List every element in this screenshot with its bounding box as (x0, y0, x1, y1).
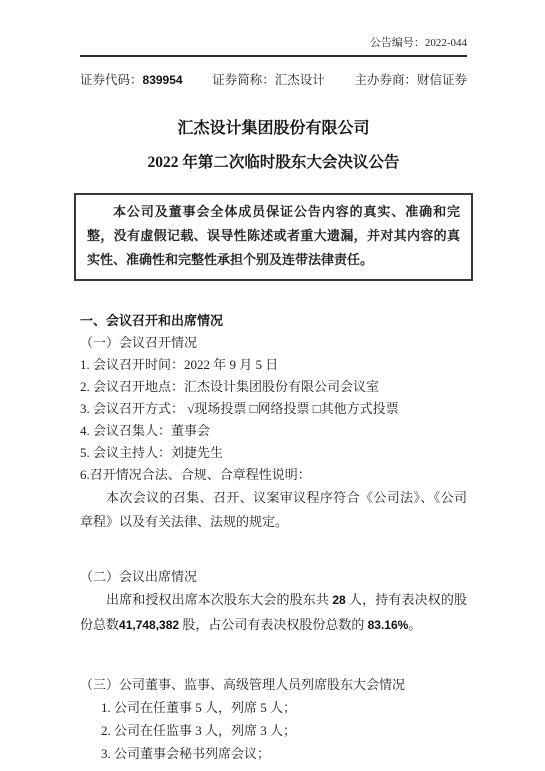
document-page: 公告编号：2022-044 证券代码：839954 证券简称：汇杰设计 主办券商… (0, 0, 545, 771)
stock-code: 证券代码：839954 (80, 70, 183, 88)
list-item-meeting-method: 3. 会议召开方式： √现场投票 □网络投票 □其他方式投票 (80, 398, 467, 420)
list-item-secretary: 3. 公司董事会秘书列席会议； (101, 742, 467, 765)
company-name-title: 汇杰设计集团股份有限公司 (80, 115, 467, 138)
list-item-directors: 1. 公司在任董事 5 人，列席 5 人； (101, 696, 467, 719)
attendance-text-3: 股，占公司有表决权股份总数的 (179, 617, 368, 632)
list-item-host: 5. 会议主持人：刘捷先生 (80, 442, 467, 464)
voting-percentage: 83.16% (368, 618, 409, 632)
list-item-meeting-time: 1. 会议召开时间：2022 年 9 月 5 日 (80, 354, 467, 376)
disclaimer-box: 本公司及董事会全体成员保证公告内容的真实、准确和完整，没有虚假记载、误导性陈述或… (74, 193, 473, 281)
sponsor: 主办券商：财信证券 (354, 70, 467, 88)
section-1-heading: 一、会议召开和出席情况 (80, 310, 467, 332)
stock-code-label: 证券代码： (80, 73, 143, 87)
subsection-3-heading: （三）公司董事、监事、高级管理人员列席股东大会情况 (80, 674, 467, 696)
header-rule (80, 55, 467, 57)
legality-note: 本次会议的召集、召开、议案审议程序符合《公司法》、《公司章程》以及有关法律、法规… (80, 486, 467, 533)
announcement-number: 公告编号：2022-044 (80, 0, 467, 50)
stock-name: 证券简称：汇杰设计 (212, 70, 325, 88)
stock-code-value: 839954 (143, 73, 183, 87)
list-item-convener: 4. 会议召集人：董事会 (80, 420, 467, 442)
attendance-count: 28 (332, 593, 345, 607)
list-item-legality: 6.召开情况合法、合规、合章程性说明： (80, 464, 467, 486)
stock-name-value: 汇杰设计 (275, 73, 325, 87)
list-item-supervisors: 2. 公司在任监事 3 人，列席 3 人； (101, 719, 467, 742)
document-content: 公告编号：2022-044 证券代码：839954 证券简称：汇杰设计 主办券商… (80, 0, 467, 765)
sponsor-label: 主办券商： (354, 73, 417, 87)
subsection-2-heading: （二）会议出席情况 (80, 566, 467, 588)
sponsor-value: 财信证券 (417, 73, 467, 87)
list-item-meeting-place: 2. 会议召开地点：汇杰设计集团股份有限公司会议室 (80, 376, 467, 398)
subsection-3-items: 1. 公司在任董事 5 人，列席 5 人； 2. 公司在任监事 3 人，列席 3… (101, 696, 467, 765)
attendance-text-1: 出席和授权出席本次股东大会的股东共 (106, 592, 332, 607)
attendance-paragraph: 出席和授权出席本次股东大会的股东共 28 人，持有表决权的股份总数41,748,… (80, 588, 467, 637)
securities-info-row: 证券代码：839954 证券简称：汇杰设计 主办券商：财信证券 (80, 70, 467, 88)
announcement-title: 2022 年第二次临时股东大会决议公告 (80, 150, 467, 172)
disclaimer-text: 本公司及董事会全体成员保证公告内容的真实、准确和完整，没有虚假记载、误导性陈述或… (87, 200, 460, 272)
subsection-1-heading: （一）会议召开情况 (80, 332, 467, 354)
attendance-text-4: 。 (408, 617, 421, 632)
stock-name-label: 证券简称： (212, 73, 275, 87)
voting-shares: 41,748,382 (119, 618, 179, 632)
